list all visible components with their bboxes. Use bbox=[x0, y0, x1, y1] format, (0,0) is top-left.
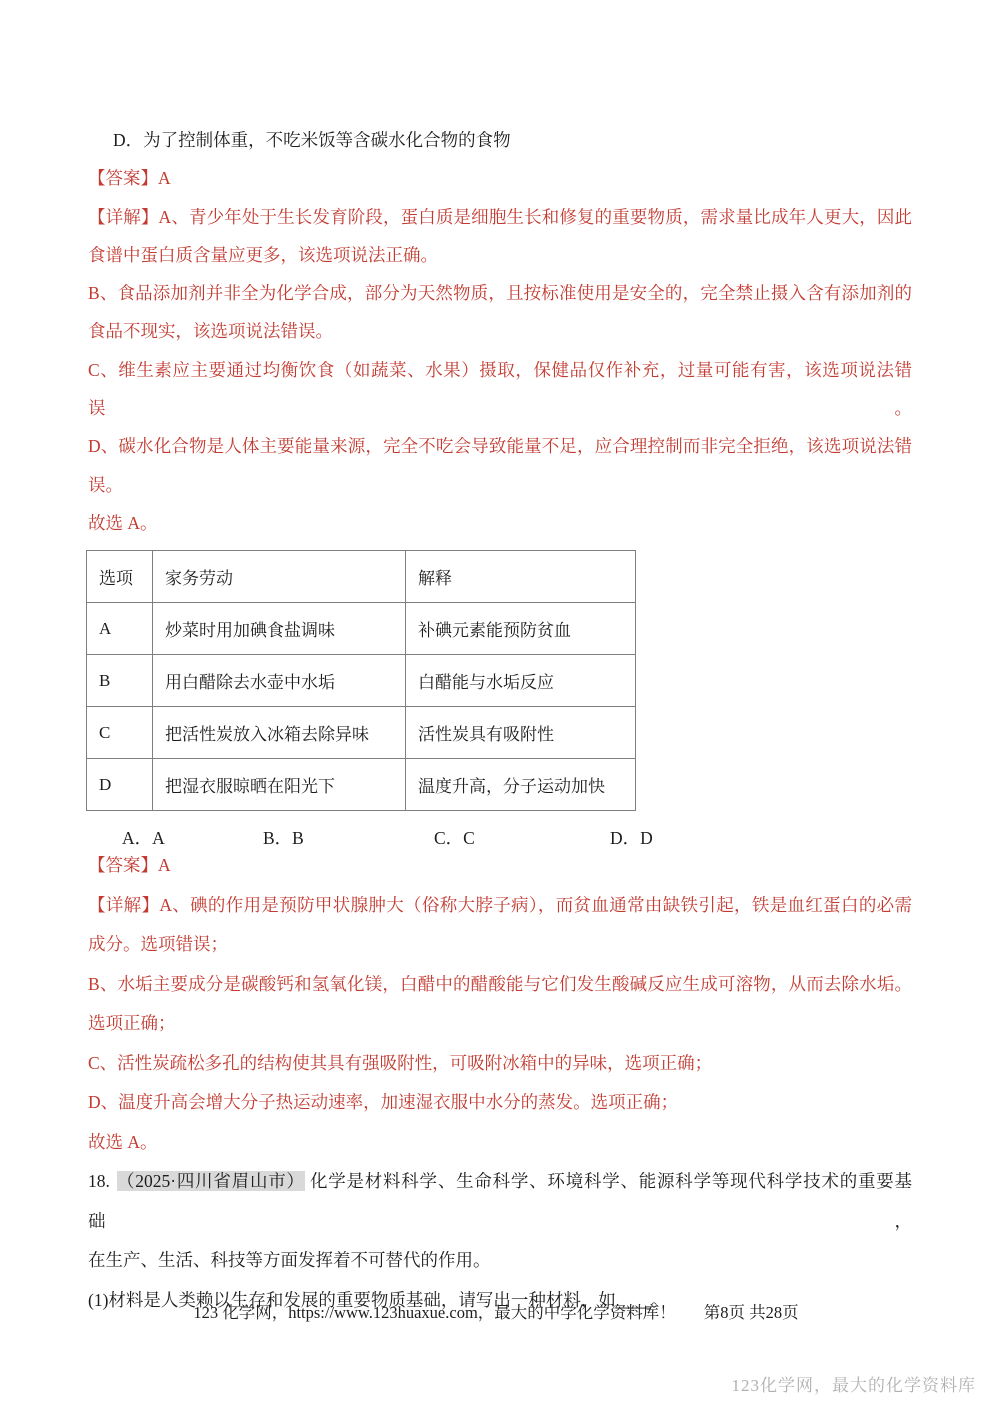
q17-explain-line: 【详解】A、碘的作用是预防甲状腺肿大（俗称大脖子病），而贫血通常由缺铁引起，铁是… bbox=[88, 886, 912, 926]
table-cell: A bbox=[87, 603, 153, 655]
q16-explain-line: 【详解】A、青少年处于生长发育阶段，蛋白质是细胞生长和修复的重要物质，需求量比成… bbox=[88, 198, 912, 236]
q17-answer-line: 【答案】A bbox=[88, 846, 912, 886]
table-cell: 炒菜时用加碘食盐调味 bbox=[153, 603, 406, 655]
q18-source-tag: （2025·四川省眉山市） bbox=[117, 1171, 305, 1191]
q17-options-table: 选项 家务劳动 解释 A 炒菜时用加碘食盐调味 补碘元素能预防贫血 B 用白醋除… bbox=[86, 550, 636, 811]
table-header-cell: 家务劳动 bbox=[153, 551, 406, 603]
table-cell: 活性炭具有吸附性 bbox=[406, 707, 636, 759]
q17-explain-line: B、水垢主要成分是碳酸钙和氢氧化镁，白醋中的醋酸能与它们发生酸碱反应生成可溶物，… bbox=[88, 965, 912, 1005]
table-cell: 用白醋除去水壶中水垢 bbox=[153, 655, 406, 707]
q16-answer-line: 【答案】A bbox=[88, 159, 912, 197]
footer-page-indicator: 第8页 共28页 bbox=[704, 1303, 799, 1322]
table-header-cell: 选项 bbox=[87, 551, 153, 603]
table-header-row: 选项 家务劳动 解释 bbox=[87, 551, 636, 603]
footer-site-text: 123 化学网，https://www.123huaxue.com，最大的中学化… bbox=[193, 1303, 675, 1322]
q16-explain-line: B、食品添加剂并非全为化学合成，部分为天然物质，且按标准使用是安全的，完全禁止摄… bbox=[88, 274, 912, 312]
table-cell: D bbox=[87, 759, 153, 811]
q17-explain-line: D、温度升高会增大分子热运动速率，加速湿衣服中水分的蒸发。选项正确； bbox=[88, 1083, 912, 1123]
q17-conclusion: 故选 A。 bbox=[88, 1123, 912, 1163]
q16-explain-line: C、维生素应主要通过均衡饮食（如蔬菜、水果）摄取，保健品仅作补充，过量可能有害，… bbox=[88, 351, 912, 428]
table-cell: 白醋能与水垢反应 bbox=[406, 655, 636, 707]
q17-explain-line: C、活性炭疏松多孔的结构使其具有强吸附性，可吸附冰箱中的异味，选项正确； bbox=[88, 1044, 912, 1084]
table-row: B 用白醋除去水壶中水垢 白醋能与水垢反应 bbox=[87, 655, 636, 707]
q16-explain-line: 食谱中蛋白质含量应更多，该选项说法正确。 bbox=[88, 236, 912, 274]
site-watermark: 123化学网，最大的化学资料库 bbox=[732, 1371, 977, 1396]
table-cell: 补碘元素能预防贫血 bbox=[406, 603, 636, 655]
q18-stem-line1: 18. （2025·四川省眉山市） 化学是材料科学、生命科学、环境科学、能源科学… bbox=[88, 1162, 912, 1241]
q17-explain-line: 成分。选项错误； bbox=[88, 925, 912, 965]
q16-explain-line: 食品不现实，该选项说法错误。 bbox=[88, 312, 912, 350]
table-header-cell: 解释 bbox=[406, 551, 636, 603]
table-cell: 把活性炭放入冰箱去除异味 bbox=[153, 707, 406, 759]
q16-option-d: D．为了控制体重，不吃米饭等含碳水化合物的食物 bbox=[88, 121, 912, 159]
table-row: C 把活性炭放入冰箱去除异味 活性炭具有吸附性 bbox=[87, 707, 636, 759]
q16-explain-line: 误。 bbox=[88, 466, 912, 504]
question16-answer-section: D．为了控制体重，不吃米饭等含碳水化合物的食物 【答案】A 【详解】A、青少年处… bbox=[88, 121, 912, 581]
question17-answer-section: 【答案】A 【详解】A、碘的作用是预防甲状腺肿大（俗称大脖子病），而贫血通常由缺… bbox=[88, 846, 912, 1320]
q18-stem-line2: 在生产、生活、科技等方面发挥着不可替代的作用。 bbox=[88, 1241, 912, 1281]
page-footer: 123 化学网，https://www.123huaxue.com，最大的中学化… bbox=[0, 1299, 992, 1323]
q17-explain-line: 选项正确； bbox=[88, 1004, 912, 1044]
q16-conclusion: 故选 A。 bbox=[88, 504, 912, 542]
table-row: A 炒菜时用加碘食盐调味 补碘元素能预防贫血 bbox=[87, 603, 636, 655]
table-cell: 温度升高，分子运动加快 bbox=[406, 759, 636, 811]
q18-number: 18. bbox=[88, 1171, 112, 1191]
q16-explain-line: D、碳水化合物是人体主要能量来源，完全不吃会导致能量不足，应合理控制而非完全拒绝… bbox=[88, 427, 912, 465]
table-cell: B bbox=[87, 655, 153, 707]
table-cell: 把湿衣服晾晒在阳光下 bbox=[153, 759, 406, 811]
table-cell: C bbox=[87, 707, 153, 759]
exam-document-page: D．为了控制体重，不吃米饭等含碳水化合物的食物 【答案】A 【详解】A、青少年处… bbox=[0, 0, 992, 1403]
table-row: D 把湿衣服晾晒在阳光下 温度升高，分子运动加快 bbox=[87, 759, 636, 811]
